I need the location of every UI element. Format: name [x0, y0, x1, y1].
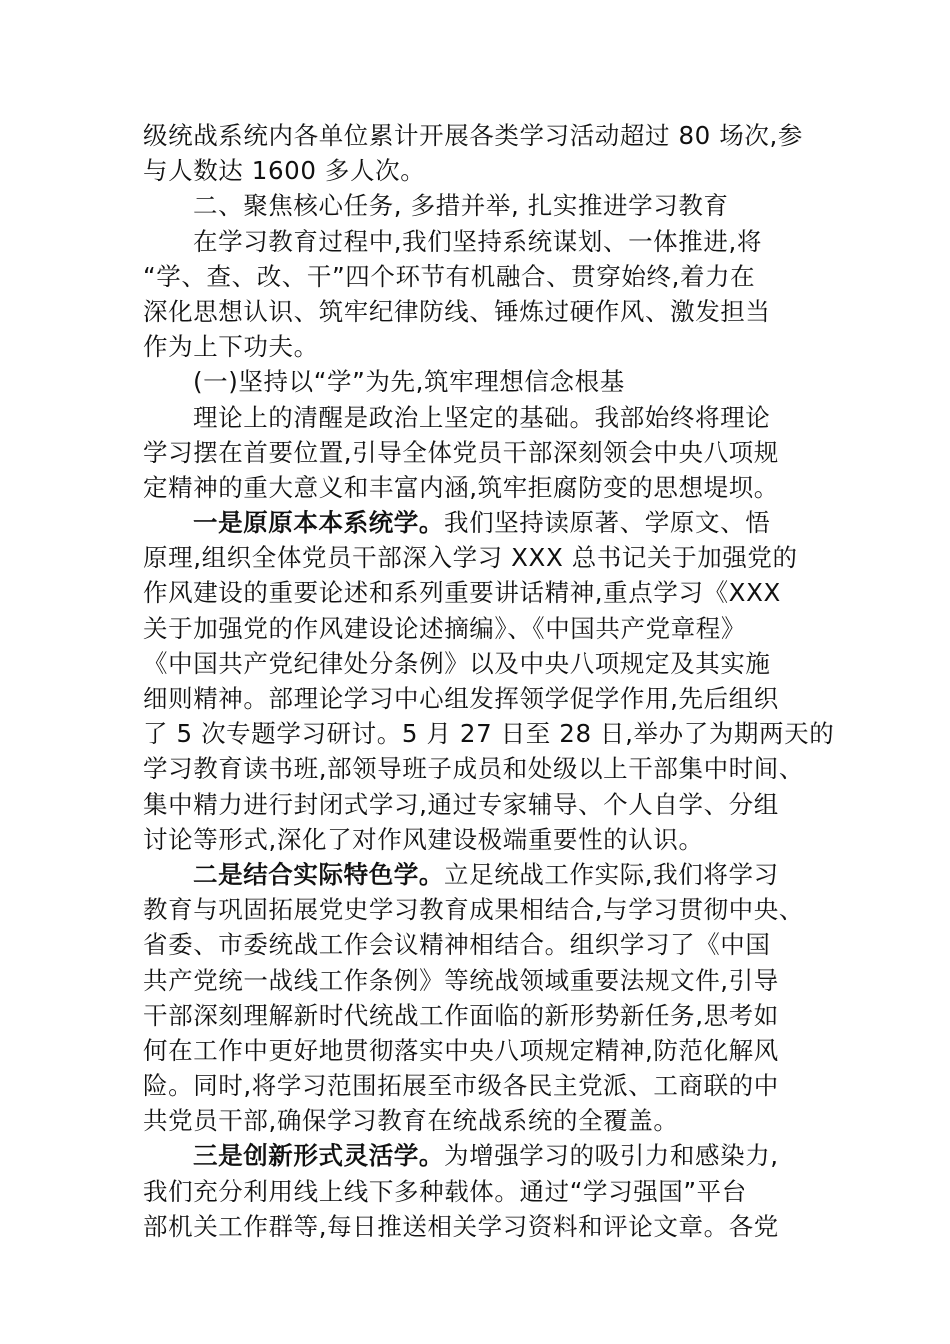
text-line: 关于加强党的作风建设论述摘编》、《中国共产党章程》 [143, 611, 823, 646]
text-line: 理论上的清醒是政治上坚定的基础。我部始终将理论 [143, 400, 823, 435]
text-line: 作风建设的重要论述和系列重要讲话精神,重点学习《XXX [143, 575, 823, 610]
text-line: 一是原原本本系统学。我们坚持读原著、学原文、悟 [143, 505, 823, 540]
text-span: 为增强学习的吸引力和感染力, [444, 1141, 779, 1170]
bold-lead: 二是结合实际特色学。 [193, 860, 444, 889]
text-line: 何在工作中更好地贯彻落实中央八项规定精神,防范化解风 [143, 1033, 823, 1068]
section-heading: 二、聚焦核心任务, 多措并举, 扎实推进学习教育 [143, 188, 823, 223]
text-line: 在学习教育过程中,我们坚持系统谋划、一体推进,将 [143, 224, 823, 259]
bold-lead: 三是创新形式灵活学。 [193, 1141, 444, 1170]
text-line: 讨论等形式,深化了对作风建设极端重要性的认识。 [143, 822, 823, 857]
text-line: 级统战系统内各单位累计开展各类学习活动超过 80 场次,参 [143, 118, 823, 153]
text-line: 共党员干部,确保学习教育在统战系统的全覆盖。 [143, 1103, 823, 1138]
text-line: 《中国共产党纪律处分条例》以及中央八项规定及其实施 [143, 646, 823, 681]
text-line: 我们充分利用线上线下多种载体。通过“学习强国”平台 [143, 1174, 823, 1209]
text-span: 我们坚持读原著、学原文、悟 [444, 508, 770, 537]
text-line: 原理,组织全体党员干部深入学习 XXX 总书记关于加强党的 [143, 540, 823, 575]
text-line: “学、查、改、干”四个环节有机融合、贯穿始终,着力在 [143, 259, 823, 294]
text-line: 集中精力进行封闭式学习,通过专家辅导、个人自学、分组 [143, 787, 823, 822]
text-line: 部机关工作群等,每日推送相关学习资料和评论文章。各党 [143, 1209, 823, 1244]
text-line: 省委、市委统战工作会议精神相结合。组织学习了《中国 [143, 927, 823, 962]
text-line: 作为上下功夫。 [143, 329, 823, 364]
text-line: 共产党统一战线工作条例》等统战领域重要法规文件,引导 [143, 963, 823, 998]
text-line: 干部深刻理解新时代统战工作面临的新形势新任务,思考如 [143, 998, 823, 1033]
text-line: 定精神的重大意义和丰富内涵,筑牢拒腐防变的思想堤坝。 [143, 470, 823, 505]
text-line: 险。同时,将学习范围拓展至市级各民主党派、工商联的中 [143, 1068, 823, 1103]
text-line: 三是创新形式灵活学。为增强学习的吸引力和感染力, [143, 1138, 823, 1173]
text-line: 细则精神。部理论学习中心组发挥领学促学作用,先后组织 [143, 681, 823, 716]
bold-lead: 一是原原本本系统学。 [193, 508, 444, 537]
text-line: 学习摆在首要位置,引导全体党员干部深刻领会中央八项规 [143, 435, 823, 470]
subsection-heading: (一)坚持以“学”为先,筑牢理想信念根基 [143, 364, 823, 399]
text-line: 教育与巩固拓展党史学习教育成果相结合,与学习贯彻中央、 [143, 892, 823, 927]
text-line: 学习教育读书班,部领导班子成员和处级以上干部集中时间、 [143, 751, 823, 786]
text-line: 二是结合实际特色学。立足统战工作实际,我们将学习 [143, 857, 823, 892]
text-line: 深化思想认识、筑牢纪律防线、锤炼过硬作风、激发担当 [143, 294, 823, 329]
text-span: 立足统战工作实际,我们将学习 [444, 860, 779, 889]
document-page: 级统战系统内各单位累计开展各类学习活动超过 80 场次,参 与人数达 1600 … [143, 118, 823, 1244]
text-line: 与人数达 1600 多人次。 [143, 153, 823, 188]
text-line: 了 5 次专题学习研讨。5 月 27 日至 28 日,举办了为期两天的 [143, 716, 823, 751]
